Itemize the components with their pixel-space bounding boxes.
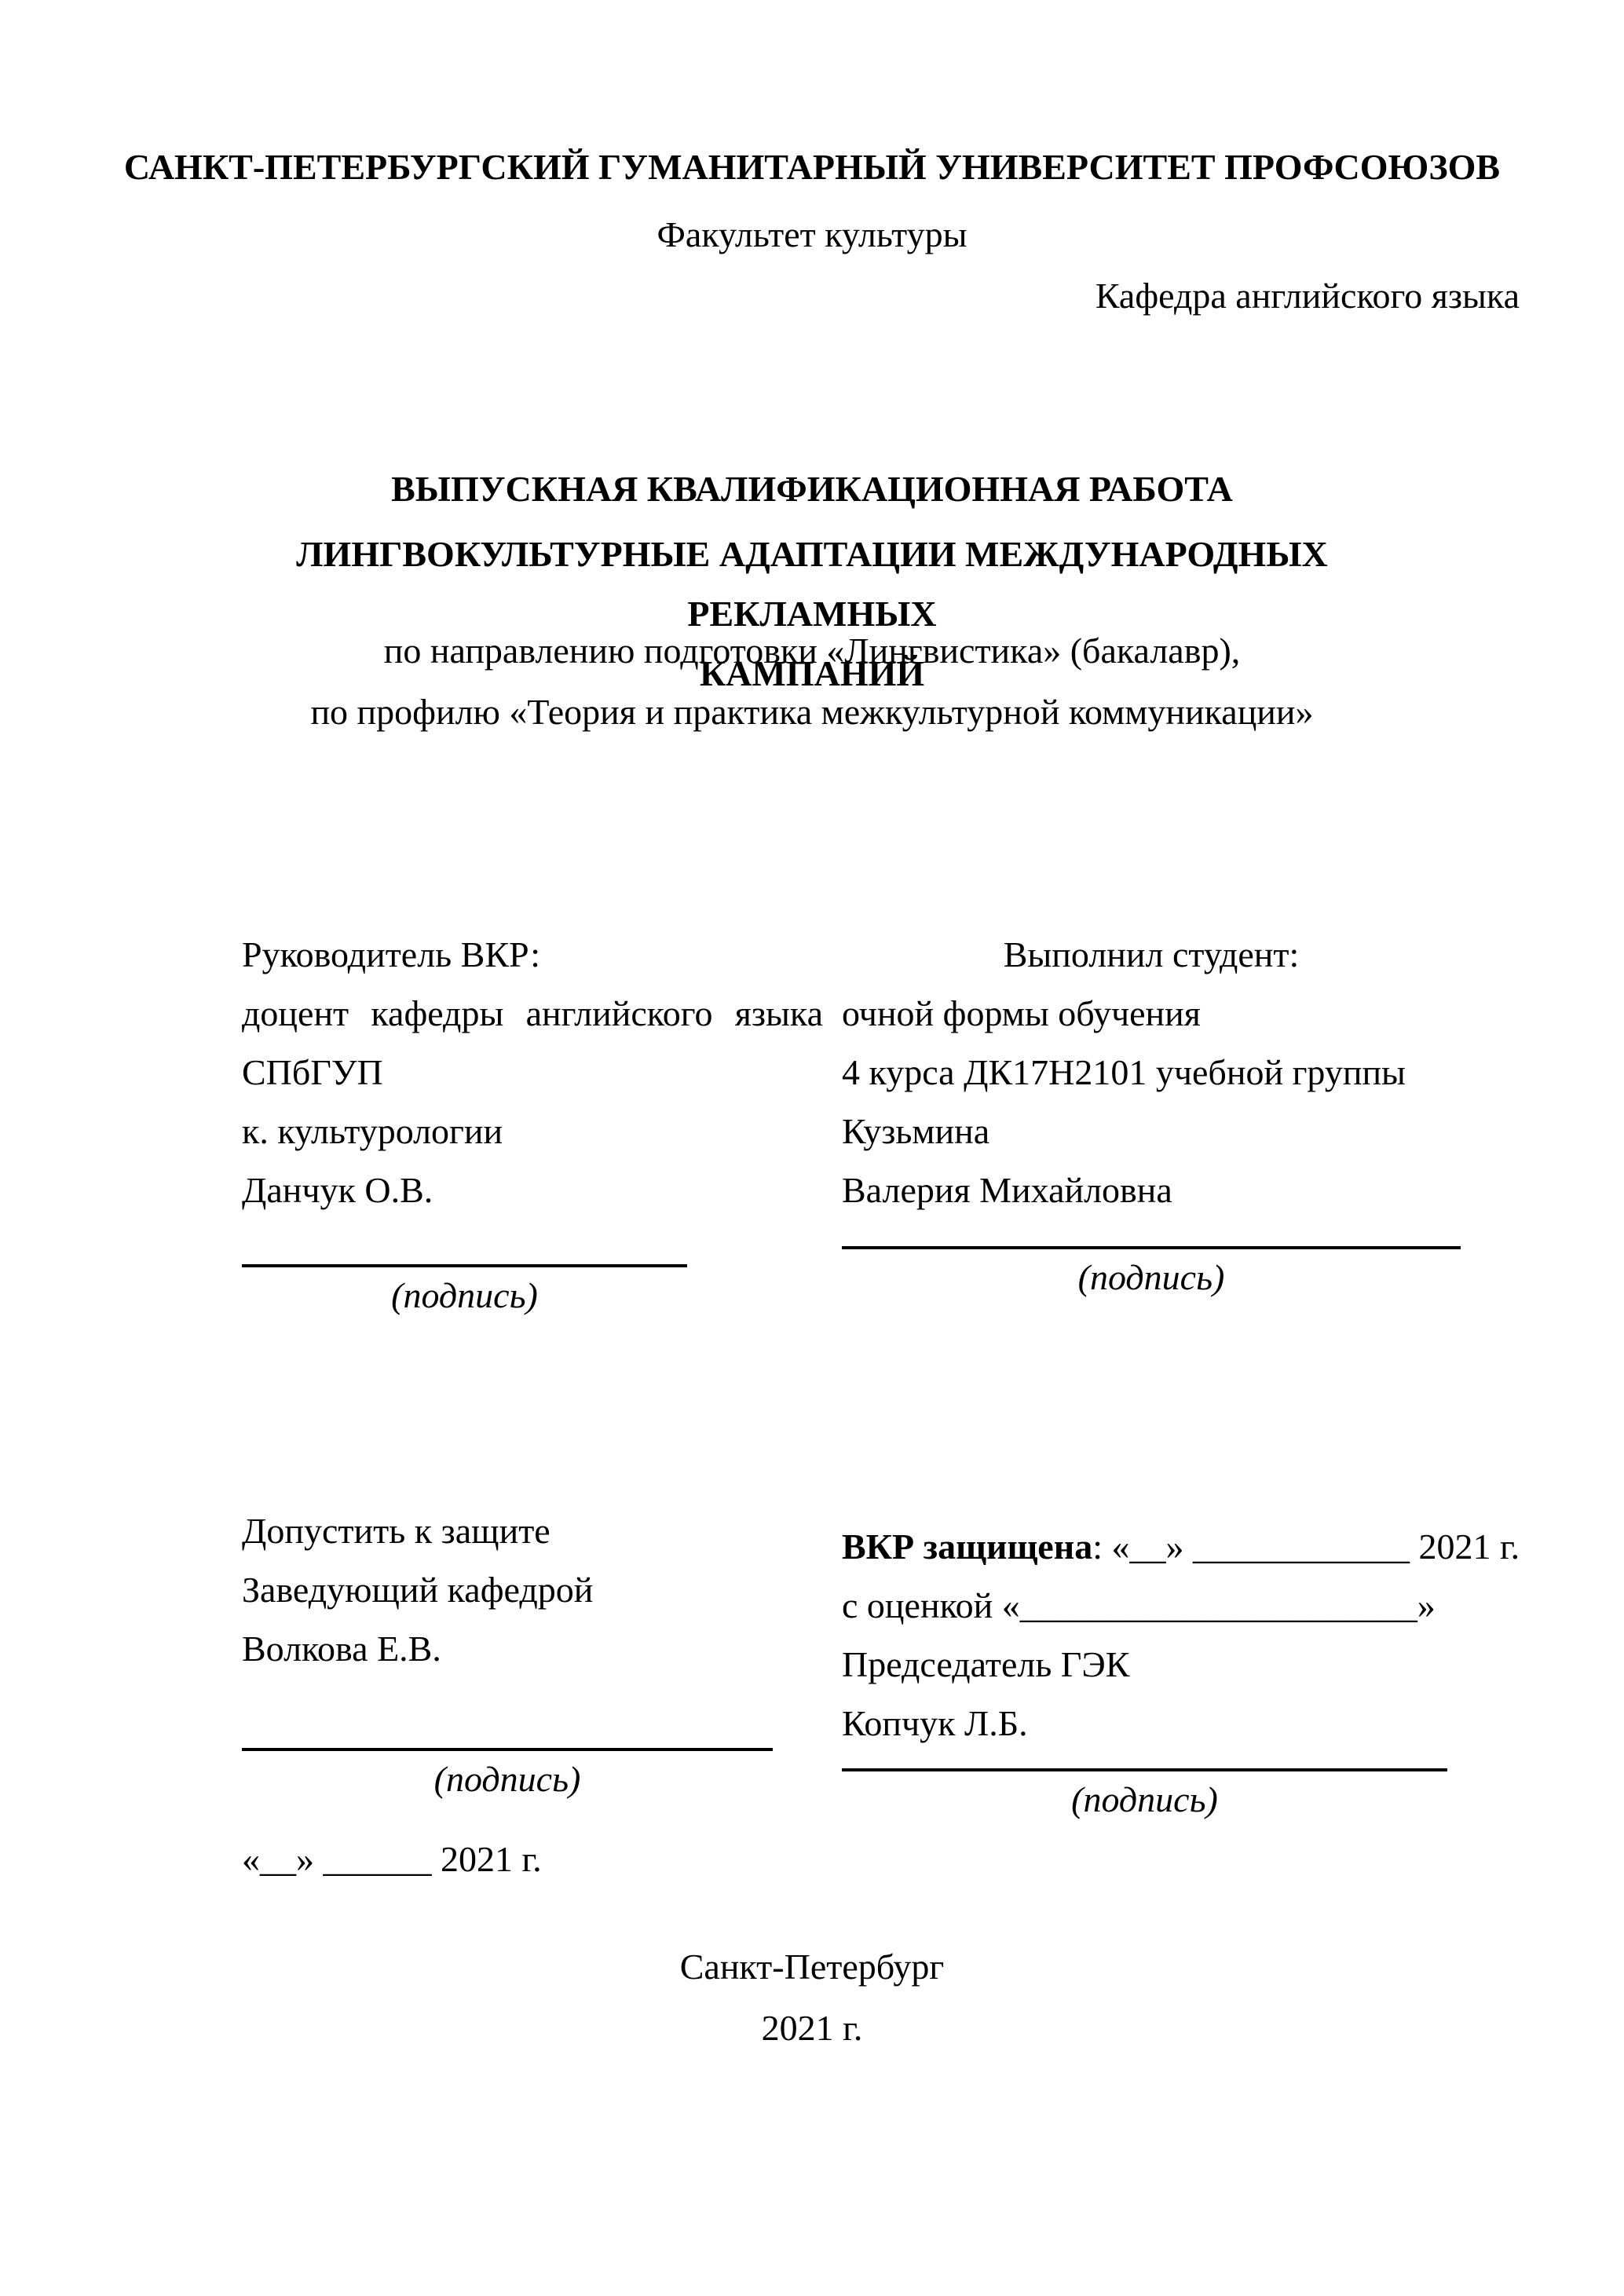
supervisor-signature-line [242,1225,687,1267]
student-group: 4 курса ДК17Н2101 учебной группы [842,1043,1461,1102]
defense-status-line: ВКР защищена: «__» ____________ 2021 г. [842,1517,1470,1576]
defense-status-rest: : «__» ____________ 2021 г. [1092,1526,1520,1567]
work-type-heading: ВЫПУСКНАЯ КВАЛИФИКАЦИОННАЯ РАБОТА [0,468,1624,510]
supervisor-position-word: доцент [242,984,349,1043]
faculty-name: Факультет культуры [0,214,1624,255]
admission-line2: Заведующий кафедрой [242,1560,823,1619]
defense-signature-line [842,1729,1447,1771]
supervisor-signature-caption: (подпись) [242,1274,687,1318]
student-last-name: Кузьмина [842,1102,1461,1161]
admission-line1: Допустить к защите [242,1501,823,1560]
thesis-title: ЛИНГВОКУЛЬТУРНЫЕ АДАПТАЦИИ МЕЖДУНАРОДНЫХ… [223,525,1401,704]
student-signature-line [842,1207,1461,1249]
footer-city: Санкт-Петербург [0,1946,1624,1987]
defense-block: ВКР защищена: «__» ____________ 2021 г. … [842,1517,1470,1753]
supervisor-degree: к. культурологии [242,1102,823,1161]
defense-chair-title: Председатель ГЭК [842,1635,1470,1694]
admission-block: Допустить к защите Заведующий кафедрой В… [242,1501,823,1678]
supervisor-name: Данчук О.В. [242,1161,823,1219]
supervisor-heading: Руководитель ВКР: [242,925,823,984]
document-page: САНКТ-ПЕТЕРБУРГСКИЙ ГУМАНИТАРНЫЙ УНИВЕРС… [0,0,1624,2296]
defense-status-label: ВКР защищена [842,1526,1092,1567]
study-profile: по профилю «Теория и практика межкультур… [0,691,1624,733]
admission-head-name: Волкова Е.В. [242,1619,823,1678]
defense-grade-line: с оценкой «______________________» [842,1576,1470,1635]
defense-signature-caption: (подпись) [842,1778,1447,1822]
study-direction: по направлению подготовки «Лингвистика» … [0,630,1624,671]
supervisor-position-word: языка [735,984,823,1043]
footer-year: 2021 г. [0,2007,1624,2049]
supervisor-position-word: кафедры [371,984,503,1043]
admission-signature-line [242,1709,773,1751]
supervisor-position-word: английского [526,984,713,1043]
student-study-form: очной формы обучения [842,984,1461,1043]
student-signature-caption: (подпись) [842,1256,1461,1300]
supervisor-org: СПбГУП [242,1043,823,1102]
department-name: Кафедра английского языка [0,275,1624,316]
supervisor-position: доцент кафедры английского языка [242,984,823,1043]
supervisor-block: Руководитель ВКР: доцент кафедры английс… [242,925,823,1219]
admission-signature-caption: (подпись) [242,1757,773,1801]
student-heading: Выполнил студент: [842,925,1461,984]
university-name: САНКТ-ПЕТЕРБУРГСКИЙ ГУМАНИТАРНЫЙ УНИВЕРС… [0,146,1624,188]
admission-date-line: «__» ______ 2021 г. [242,1830,542,1888]
student-block: Выполнил студент: очной формы обучения 4… [842,925,1461,1219]
